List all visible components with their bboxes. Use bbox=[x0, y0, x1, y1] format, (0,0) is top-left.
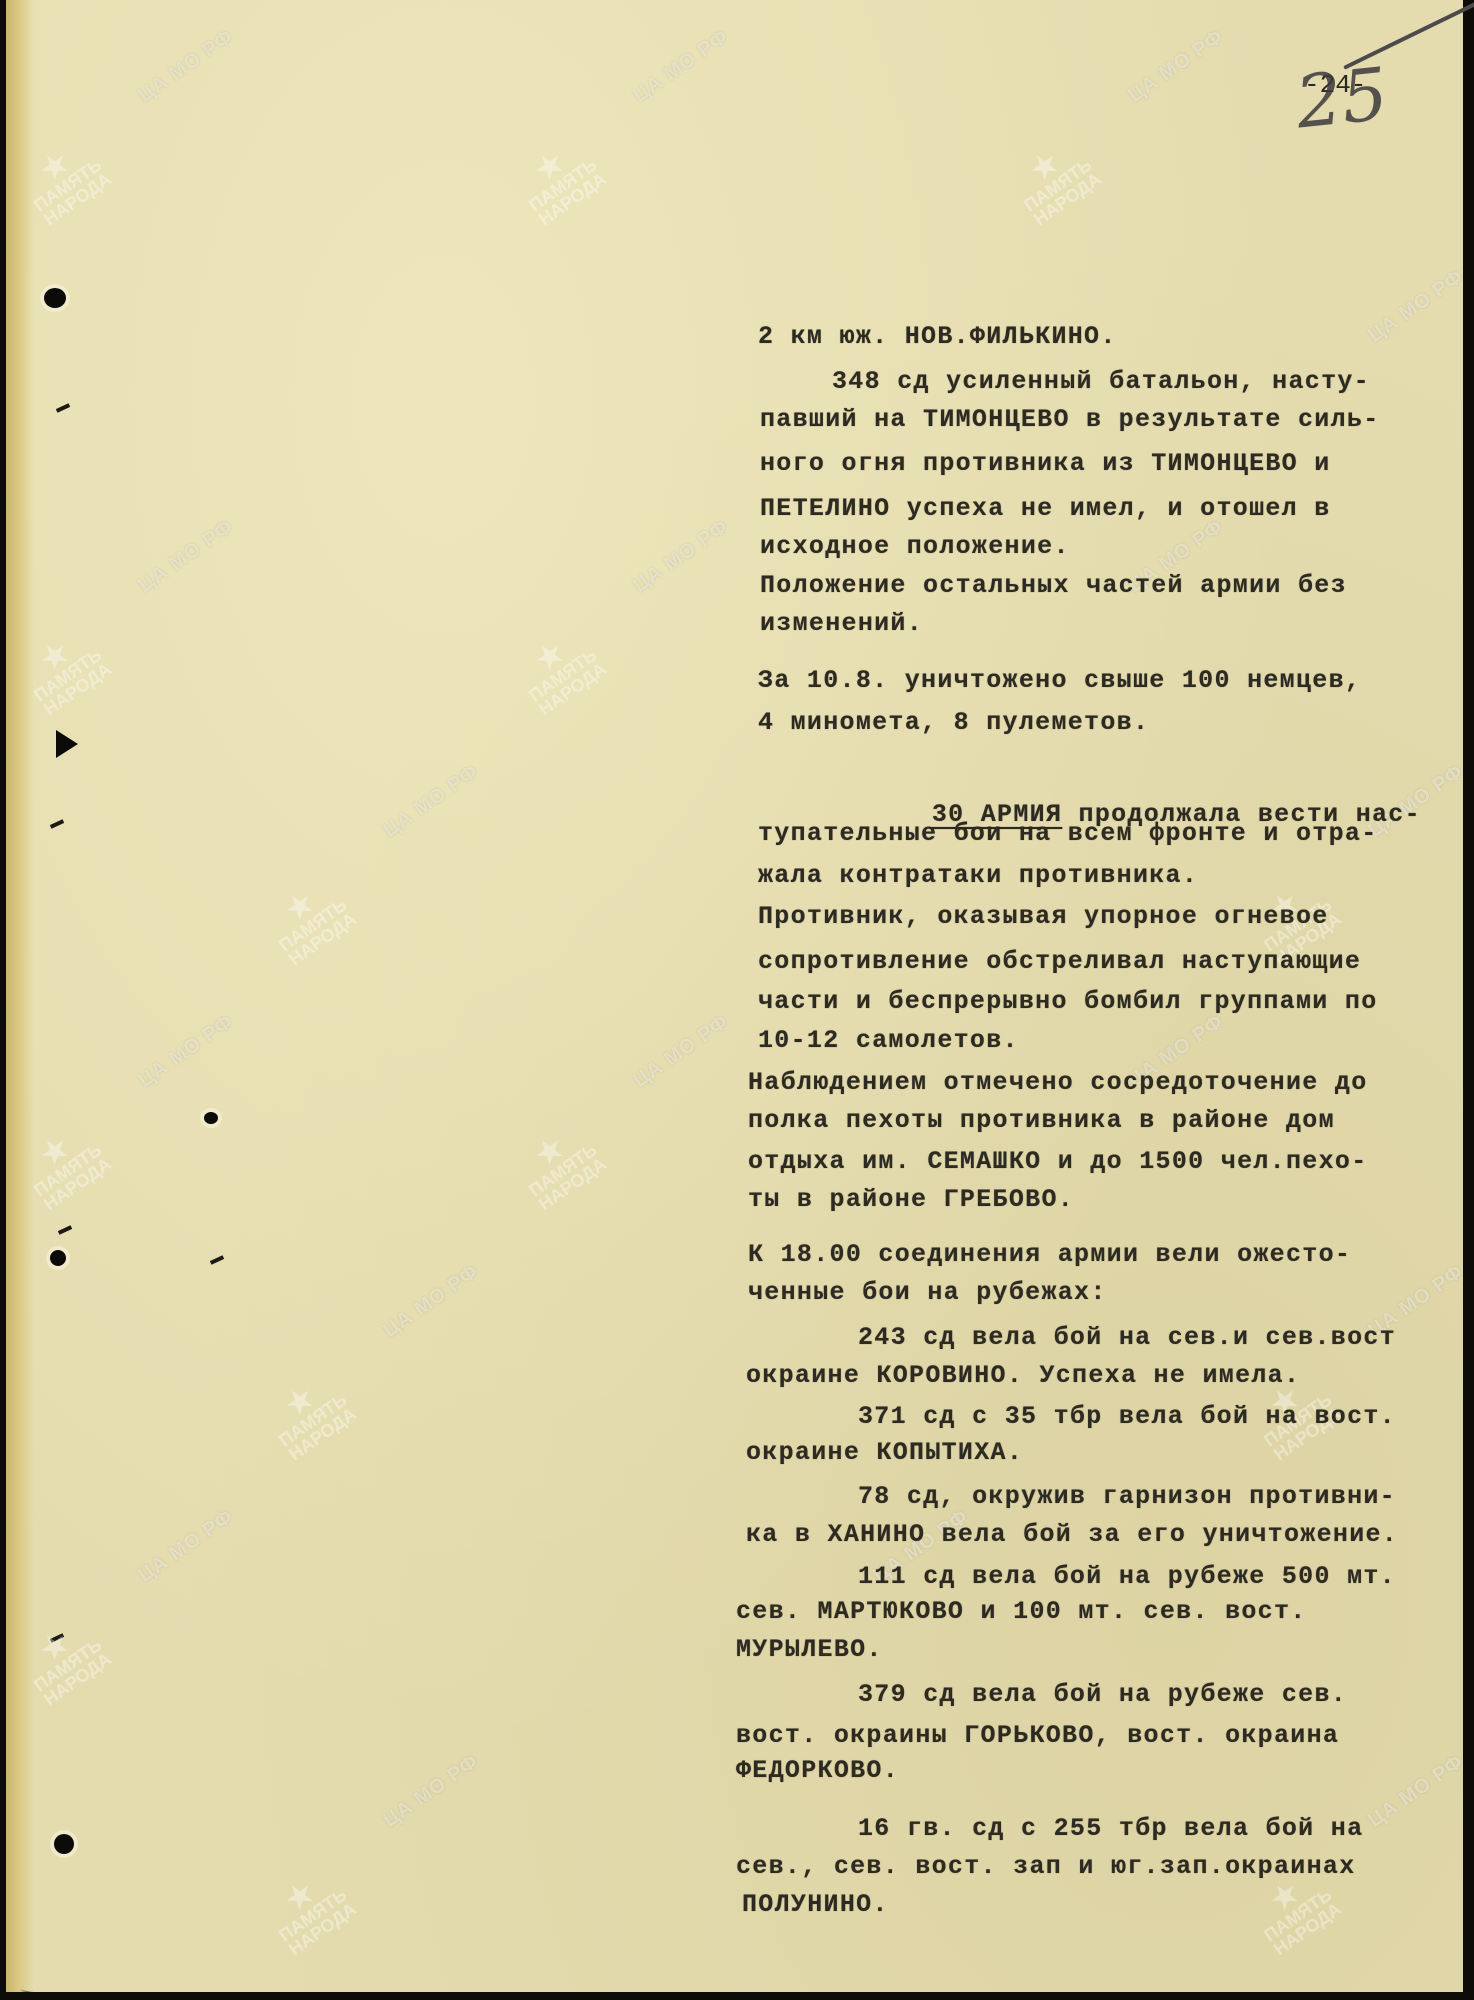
watermark-archive: ЦА МО РФ bbox=[134, 1505, 238, 1587]
text-line: 78 сд, окружив гарнизон противни- bbox=[858, 1482, 1396, 1511]
punch-hole-triangle bbox=[56, 730, 78, 758]
punch-hole bbox=[204, 1112, 218, 1124]
text-line: жала контратаки противника. bbox=[758, 861, 1198, 890]
text-line: ка в ХАНИНО вела бой за его уничтожение. bbox=[746, 1520, 1398, 1549]
watermark-project: ★ПАМЯТЬНАРОДА bbox=[260, 873, 359, 968]
text-line: 10-12 самолетов. bbox=[758, 1026, 1019, 1055]
paper-tear-mark bbox=[58, 1225, 72, 1235]
text-line: тупательные бои на всем фронте и отра- bbox=[758, 819, 1378, 848]
watermark-project: ★ПАМЯТЬНАРОДА bbox=[510, 133, 609, 228]
watermark-project: ★ПАМЯТЬНАРОДА bbox=[15, 133, 114, 228]
punch-hole bbox=[50, 1250, 66, 1266]
watermark-archive: ЦА МО РФ bbox=[1124, 25, 1228, 107]
text-line: Противник, оказывая упорное огневое bbox=[758, 902, 1329, 931]
watermark-project: ★ПАМЯТЬНАРОДА bbox=[260, 1863, 359, 1958]
text-line: ченные бои на рубежах: bbox=[748, 1278, 1107, 1307]
text-line: Положение остальных частей армии без bbox=[760, 571, 1347, 600]
text-line: ФЕДОРКОВО. bbox=[736, 1756, 899, 1785]
text-line: части и беспрерывно бомбил группами по bbox=[758, 987, 1378, 1016]
page-number-handwritten: 25 bbox=[1292, 51, 1392, 144]
watermark-archive: ЦА МО РФ bbox=[134, 1010, 238, 1092]
watermark-project: ★ПАМЯТЬНАРОДА bbox=[15, 623, 114, 718]
text-line: 111 сд вела бой на рубеже 500 мт. bbox=[858, 1562, 1396, 1591]
text-line: окраине КОПЫТИХА. bbox=[746, 1438, 1023, 1467]
paper-tear-mark bbox=[50, 819, 64, 829]
text-line: За 10.8. уничтожено свыше 100 немцев, bbox=[758, 666, 1361, 695]
text-line: МУРЫЛЕВО. bbox=[736, 1635, 883, 1664]
text-line: вост. окраины ГОРЬКОВО, вост. окраина bbox=[736, 1721, 1339, 1750]
text-line: 4 миномета, 8 пулеметов. bbox=[758, 708, 1149, 737]
watermark-project: ★ПАМЯТЬНАРОДА bbox=[15, 1613, 114, 1708]
text-line: павший на ТИМОНЦЕВО в результате силь- bbox=[760, 405, 1380, 434]
text-line: К 18.00 соединения армии вели ожесто- bbox=[748, 1240, 1351, 1269]
text-line: 2 км юж. НОВ.ФИЛЬКИНО. bbox=[758, 322, 1117, 351]
paper-tear-mark bbox=[210, 1255, 224, 1265]
text-line: полка пехоты противника в районе дом bbox=[748, 1106, 1335, 1135]
watermark-project: ★ПАМЯТЬНАРОДА bbox=[1005, 133, 1104, 228]
text-line: ПЕТЕЛИНО успеха не имел, и отошел в bbox=[760, 494, 1331, 523]
watermark-archive: ЦА МО РФ bbox=[629, 25, 733, 107]
text-line: 243 сд вела бой на сев.и сев.вост bbox=[858, 1323, 1396, 1352]
text-line: окраине КОРОВИНО. Успеха не имела. bbox=[746, 1361, 1300, 1390]
text-line: исходное положение. bbox=[760, 532, 1070, 561]
watermark-project: ★ПАМЯТЬНАРОДА bbox=[510, 1118, 609, 1213]
text-line: сев., сев. вост. зап и юг.зап.окраинах bbox=[736, 1852, 1356, 1881]
watermark-archive: ЦА МО РФ bbox=[379, 760, 483, 842]
text-line: изменений. bbox=[760, 609, 923, 638]
text-line: сев. МАРТЮКОВО и 100 мт. сев. вост. bbox=[736, 1597, 1307, 1626]
watermark-archive: ЦА МО РФ bbox=[1364, 265, 1468, 347]
text-line: 379 сд вела бой на рубеже сев. bbox=[858, 1680, 1347, 1709]
punch-hole bbox=[54, 1834, 74, 1854]
watermark-archive: ЦА МО РФ bbox=[629, 1010, 733, 1092]
text-line: Наблюдением отмечено сосредоточение до bbox=[748, 1068, 1368, 1097]
text-line: 16 гв. сд с 255 тбр вела бой на bbox=[858, 1814, 1363, 1843]
text-line: сопротивление обстреливал наступающие bbox=[758, 947, 1361, 976]
watermark-project: ★ПАМЯТЬНАРОДА bbox=[15, 1118, 114, 1213]
document-page: ЦА МО РФ ЦА МО РФ ЦА МО РФ ЦА МО РФ ЦА М… bbox=[6, 0, 1463, 1992]
text-line: отдыха им. СЕМАШКО и до 1500 чел.пехо- bbox=[748, 1147, 1368, 1176]
text-line: 371 сд с 35 тбр вела бой на вост. bbox=[858, 1402, 1396, 1431]
watermark-archive: ЦА МО РФ bbox=[134, 25, 238, 107]
paper-tear-mark bbox=[56, 403, 70, 413]
watermark-archive: ЦА МО РФ bbox=[1364, 1750, 1468, 1832]
text-line: ты в районе ГРЕБОВО. bbox=[748, 1185, 1074, 1214]
text-line: 348 сд усиленный батальон, насту- bbox=[832, 367, 1370, 396]
watermark-archive: ЦА МО РФ bbox=[629, 515, 733, 597]
watermark-project: ★ПАМЯТЬНАРОДА bbox=[260, 1368, 359, 1463]
text-line: ного огня противника из ТИМОНЦЕВО и bbox=[760, 449, 1331, 478]
handwritten-stroke bbox=[1343, 0, 1474, 70]
watermark-project: ★ПАМЯТЬНАРОДА bbox=[510, 623, 609, 718]
watermark-archive: ЦА МО РФ bbox=[379, 1260, 483, 1342]
punch-hole bbox=[44, 288, 66, 308]
watermark-archive: ЦА МО РФ bbox=[379, 1750, 483, 1832]
watermark-archive: ЦА МО РФ bbox=[134, 515, 238, 597]
text-line: ПОЛУНИНО. bbox=[742, 1890, 889, 1919]
